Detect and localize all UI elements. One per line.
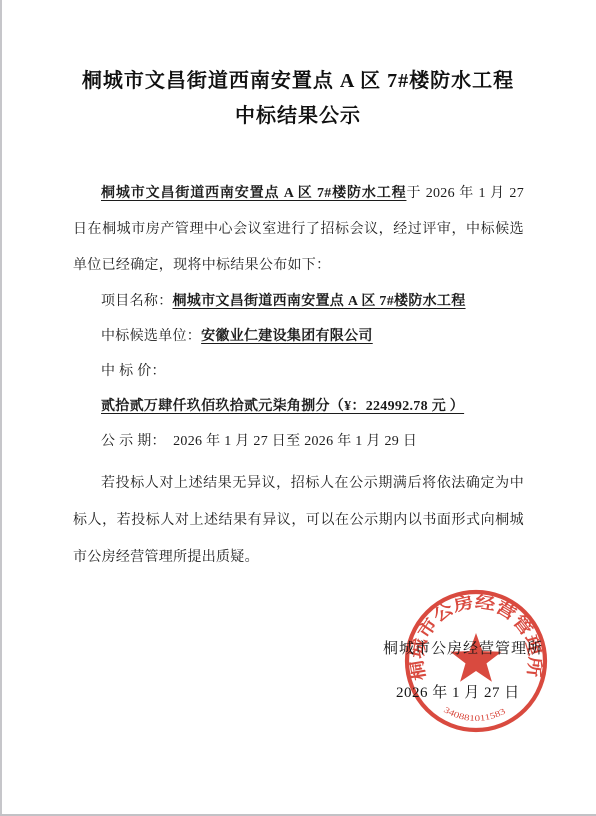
field-value: 贰拾贰万肆仟玖佰玖拾贰元柒角捌分（¥：224992.78 元 ） (101, 399, 464, 414)
field-value: 2026 年 1 月 27 日至 2026 年 1 月 29 日 (159, 434, 417, 449)
seal-number: 340881011583 (442, 704, 507, 723)
field-value: 安徽业仁建设集团有限公司 (201, 329, 373, 344)
closing-organization: 桐城市公房经营管理所 (383, 637, 543, 658)
field-row-publicity-period: 公 示 期： 2026 年 1 月 27 日至 2026 年 1 月 29 日 (73, 424, 524, 459)
document-page: 桐城市文昌街道西南安置点 A 区 7#楼防水工程 中标结果公示 桐城市文昌街道西… (0, 0, 596, 816)
official-seal-stamp: 桐城市公房经营管理所 340881011583 (402, 587, 550, 735)
objection-paragraph: 若投标人对上述结果无异议，招标人在公示期满后将依法确定为中标人，若投标人对上述结… (73, 465, 524, 576)
svg-text:340881011583: 340881011583 (442, 704, 507, 723)
field-row-project-name: 项目名称：桐城市文昌街道西南安置点 A 区 7#楼防水工程 (73, 284, 524, 319)
title-line-1: 桐城市文昌街道西南安置点 A 区 7#楼防水工程 (0, 64, 596, 99)
field-row-winning-bidder: 中标候选单位：安徽业仁建设集团有限公司 (73, 319, 524, 354)
document-body: 桐城市文昌街道西南安置点 A 区 7#楼防水工程于 2026 年 1 月 27 … (73, 176, 524, 576)
field-value: 桐城市文昌街道西南安置点 A 区 7#楼防水工程 (173, 294, 466, 309)
field-label: 公 示 期： (101, 434, 159, 449)
intro-project-name: 桐城市文昌街道西南安置点 A 区 7#楼防水工程 (101, 186, 406, 201)
closing-date: 2026 年 1 月 27 日 (396, 681, 520, 702)
intro-paragraph: 桐城市文昌街道西南安置点 A 区 7#楼防水工程于 2026 年 1 月 27 … (73, 176, 524, 284)
field-row-bid-price: 中 标 价：贰拾贰万肆仟玖佰玖拾贰元柒角捌分（¥：224992.78 元 ） (73, 354, 524, 424)
result-fields: 项目名称：桐城市文昌街道西南安置点 A 区 7#楼防水工程 中标候选单位：安徽业… (73, 284, 524, 459)
field-label: 中标候选单位： (101, 329, 201, 344)
field-label: 项目名称： (101, 294, 173, 309)
field-label: 中 标 价： (101, 364, 166, 379)
document-title: 桐城市文昌街道西南安置点 A 区 7#楼防水工程 中标结果公示 (0, 64, 596, 134)
title-line-2: 中标结果公示 (0, 99, 596, 134)
